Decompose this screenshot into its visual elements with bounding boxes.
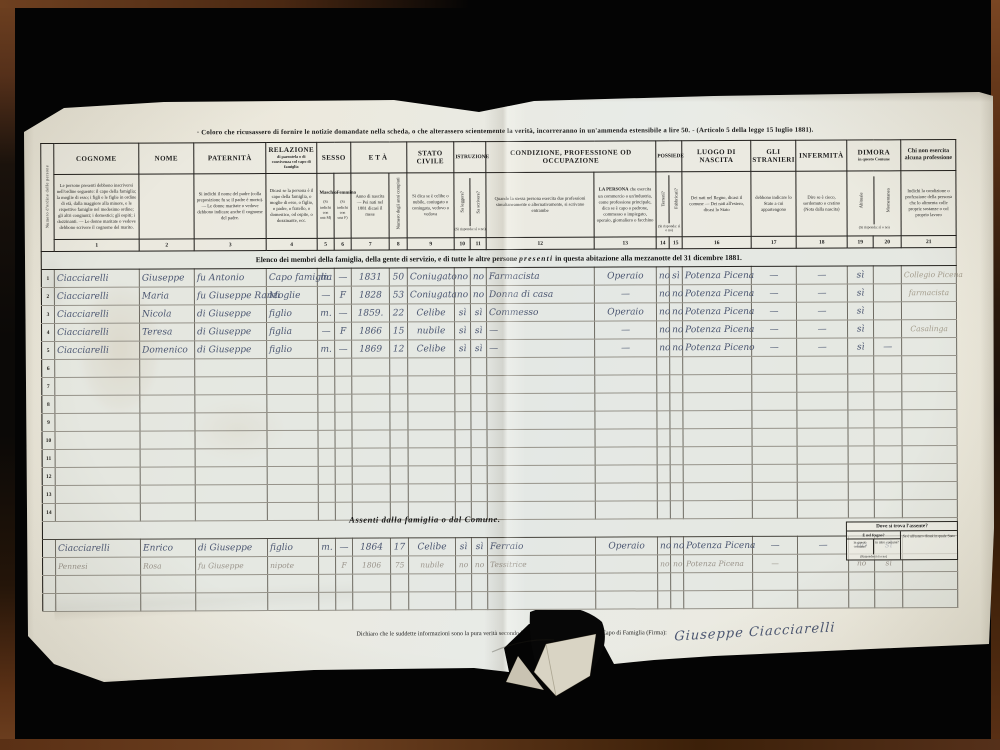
main-rows: Elenco dei membri della famiglia, della …	[41, 248, 957, 522]
col-desc-paternita: Si indichi il nome del padre (colla prep…	[194, 174, 266, 239]
col-desc-dimora: AbitualeMomentanea (Si risponda: sì o no…	[847, 171, 901, 236]
dove-si-trova-box: Dove si trova l'assente? È nel Regno? Se…	[846, 521, 958, 560]
wood-table-edge-top	[0, 0, 470, 8]
col-header-nome: NOME	[139, 143, 194, 174]
column-number: 13	[594, 237, 656, 249]
assenti-title: Assenti dalla famiglia o dal Comune.	[43, 513, 807, 526]
table-row-empty	[43, 590, 958, 612]
dove-altro-comune: in altro comune?	[873, 539, 900, 554]
col-desc-stato-civile: Si dica se è celibe o nubile, coniugato …	[407, 173, 454, 238]
column-number: 7	[351, 238, 389, 250]
col-desc-anni-compiuti: Numero degli anni compiuti	[389, 173, 407, 238]
column-number: 17	[751, 236, 796, 248]
column-number: 3	[194, 239, 266, 251]
column-number: 12	[486, 237, 594, 249]
dove-title: Dove si trova l'assente?	[847, 522, 957, 531]
column-number: 20	[873, 236, 901, 248]
table-header: Numero d'ordine delle persone COGNOME NO…	[41, 140, 957, 252]
col-header-luogo-nascita: LUOGO DI NASCITA	[682, 140, 751, 171]
col-header-istruzione: ISTRUZIONE	[454, 142, 486, 173]
wood-table-edge-bottom	[0, 739, 1000, 750]
column-number: 4	[266, 238, 317, 250]
col-header-stranieri: GLI STRANIERI	[751, 140, 796, 171]
col-desc-cognome: Le persone presenti debbono inscriversi …	[54, 174, 139, 239]
declaration: Dichiaro che le suddette informazioni so…	[356, 620, 998, 638]
column-number: 2	[139, 239, 194, 251]
column-number: 1	[54, 239, 139, 251]
dove-regno-header: È nel Regno?	[847, 531, 901, 539]
declaration-text: Dichiaro che le suddette informazioni so…	[356, 629, 667, 637]
col-desc-maschio: Maschio(Si indichi con una M)	[317, 173, 334, 238]
col-header-relazione: RELAZIONEdi parentela o di convivenza co…	[266, 142, 317, 173]
col-desc-nome	[139, 174, 194, 239]
dove-note: (Rispondersi sì o no)	[847, 554, 900, 559]
penalty-notice: · Coloro che ricusassero di fornire le n…	[14, 86, 996, 137]
col-header-possiede: POSSIEDE	[656, 141, 682, 172]
column-number: 9	[407, 238, 454, 250]
column-number: 5	[317, 238, 334, 250]
column-number: 8	[389, 238, 407, 250]
col-desc-stranieri: debbono indicare lo Stato a cui apparten…	[751, 171, 796, 236]
col-desc-chi-non-esercita: Indichi la condizione o professione dell…	[901, 171, 956, 236]
column-number: 21	[901, 236, 956, 248]
col-header-cognome: COGNOME	[54, 143, 139, 174]
assenti-rows: Assenti dalla famiglia o dal Comune. Dov…	[42, 518, 957, 612]
col-desc-possiede: Terreni?Fabbricati? (Si risponda: sì o n…	[656, 172, 682, 237]
column-number: 18	[796, 236, 847, 248]
col-header-paternita: PATERNITÀ	[194, 143, 266, 174]
column-number: 19	[847, 236, 873, 248]
col-desc-femmina: Femmina(Si indichi con una F)	[334, 173, 351, 238]
column-number: 11	[470, 238, 486, 250]
census-sheet: · Coloro che ricusassero di fornire le n…	[14, 88, 996, 700]
signature: Giuseppe Ciacciarelli	[674, 620, 836, 644]
column-number: 14	[656, 237, 669, 249]
col-desc-relazione: Dicasi se la persona è il capo della fam…	[266, 173, 317, 238]
col-desc-infermita: Dire se è cieco, sordomuto o cretino (No…	[796, 171, 847, 236]
dove-questo-comune: in questo comune?	[847, 539, 873, 554]
census-table: Numero d'ordine delle persone COGNOME NO…	[40, 139, 958, 612]
col-desc-istruzione: Sa leggere?Sa scrivere? (Si risponda: sì…	[454, 173, 486, 238]
column-number: 6	[334, 238, 351, 250]
column-number: 16	[682, 236, 751, 248]
col-desc-luogo-nascita: Dei nati nel Regno, dicasi il comune — D…	[682, 171, 751, 236]
col-header-infermita: INFERMITÀ	[796, 140, 847, 171]
col-desc-anno-nascita: Anno di nascita — Pei nati nel 1881 dica…	[351, 173, 389, 238]
col-header-sesso: SESSO	[317, 142, 351, 173]
col-header-stato-civile: STATO CIVILE	[407, 142, 454, 173]
col-header-dimora: DIMORAin questo Comune	[847, 140, 901, 171]
col-header-condizione: CONDIZIONE, PROFESSIONE OD OCCUPAZIONE	[486, 141, 656, 173]
column-number: 10	[454, 238, 470, 250]
col-header-numero: Numero d'ordine delle persone	[41, 143, 54, 251]
col-header-eta: ETÀ	[351, 142, 407, 173]
column-number: 15	[669, 237, 682, 249]
col-header-chi-non-esercita: Chi non esercita alcuna professione	[901, 140, 956, 171]
dove-estero-header: Se è all'estero dicasi in quale Stato	[901, 531, 957, 559]
col-desc-la-persona: LA PERSONA che esercita un commercio o u…	[594, 172, 656, 237]
document-photo: · Coloro che ricusassero di fornire le n…	[0, 0, 1000, 750]
col-desc-condizione: Quando la stessa persona esercita due pr…	[486, 172, 594, 237]
wood-table-edge-left	[0, 0, 15, 750]
